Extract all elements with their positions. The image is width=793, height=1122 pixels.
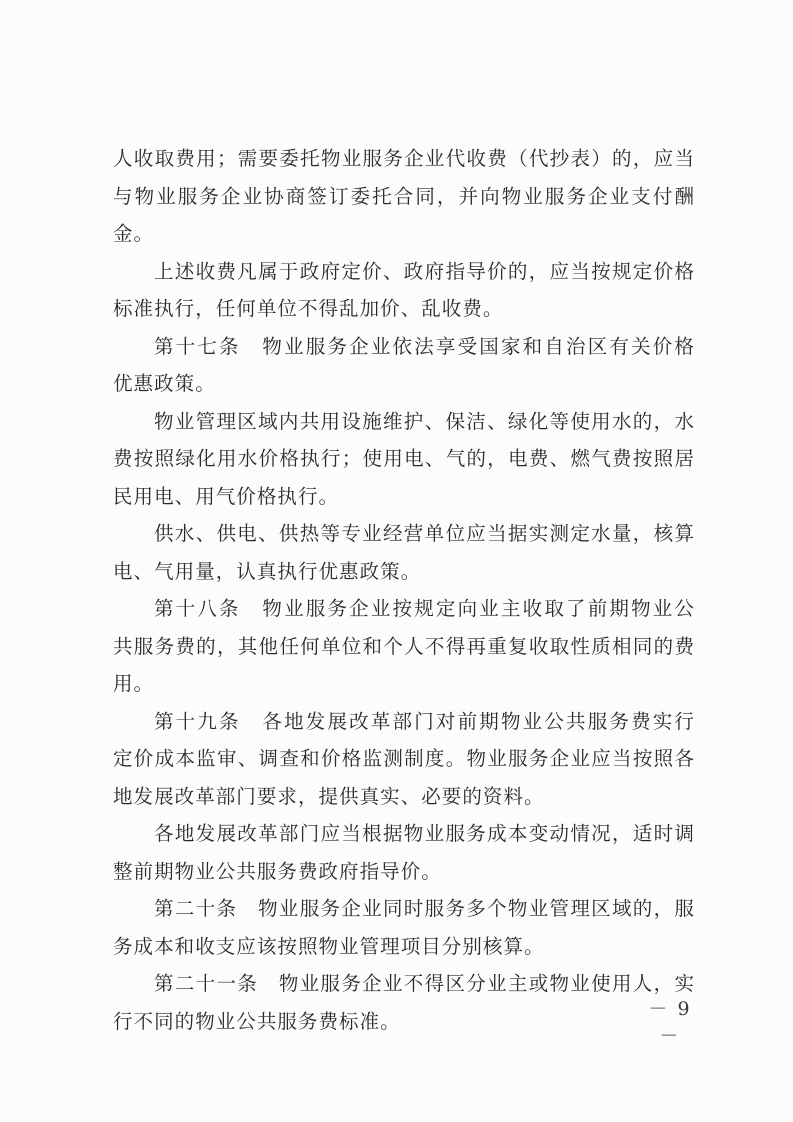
document-body: 人收取费用；需要委托物业服务企业代收费（代抄表）的，应当 与物业服务企业协商签订…: [113, 140, 695, 1040]
article-18-heading-line: 第十八条 物业服务企业按规定向业主收取了前期物业公: [113, 590, 695, 628]
article-21-heading-line: 第二十一条 物业服务企业不得区分业主或物业使用人，实: [113, 965, 695, 1003]
text-line: 与物业服务企业协商签订委托合同，并向物业服务企业支付酬: [113, 178, 695, 216]
text-line: 金。: [113, 215, 695, 253]
article-19-heading-line: 第十九条 各地发展改革部门对前期物业公共服务费实行: [113, 703, 695, 741]
paragraph-start-line: 供水、供电、供热等专业经营单位应当据实测定水量，核算: [113, 515, 695, 553]
text-line: 共服务费的，其他任何单位和个人不得再重复收取性质相同的费: [113, 628, 695, 666]
text-line: 民用电、用气价格执行。: [113, 478, 695, 516]
paragraph-start-line: 上述收费凡属于政府定价、政府指导价的，应当按规定价格: [113, 253, 695, 291]
text-line: 人收取费用；需要委托物业服务企业代收费（代抄表）的，应当: [113, 140, 695, 178]
document-page: 人收取费用；需要委托物业服务企业代收费（代抄表）的，应当 与物业服务企业协商签订…: [0, 0, 793, 1122]
page-number: － 9 －: [640, 994, 700, 1048]
text-line: 用。: [113, 665, 695, 703]
text-line: 行不同的物业公共服务费标准。: [113, 1003, 695, 1041]
text-line: 地发展改革部门要求，提供真实、必要的资料。: [113, 778, 695, 816]
paragraph-start-line: 各地发展改革部门应当根据物业服务成本变动情况，适时调: [113, 815, 695, 853]
text-line: 电、气用量，认真执行优惠政策。: [113, 553, 695, 591]
article-20-heading-line: 第二十条 物业服务企业同时服务多个物业管理区域的，服: [113, 890, 695, 928]
text-line: 定价成本监审、调查和价格监测制度。物业服务企业应当按照各: [113, 740, 695, 778]
text-line: 优惠政策。: [113, 365, 695, 403]
text-line: 整前期物业公共服务费政府指导价。: [113, 853, 695, 891]
text-line: 费按照绿化用水价格执行；使用电、气的，电费、燃气费按照居: [113, 440, 695, 478]
paragraph-start-line: 物业管理区域内共用设施维护、保洁、绿化等使用水的，水: [113, 403, 695, 441]
text-line: 标准执行，任何单位不得乱加价、乱收费。: [113, 290, 695, 328]
text-line: 务成本和收支应该按照物业管理项目分别核算。: [113, 928, 695, 966]
article-17-heading-line: 第十七条 物业服务企业依法享受国家和自治区有关价格: [113, 328, 695, 366]
